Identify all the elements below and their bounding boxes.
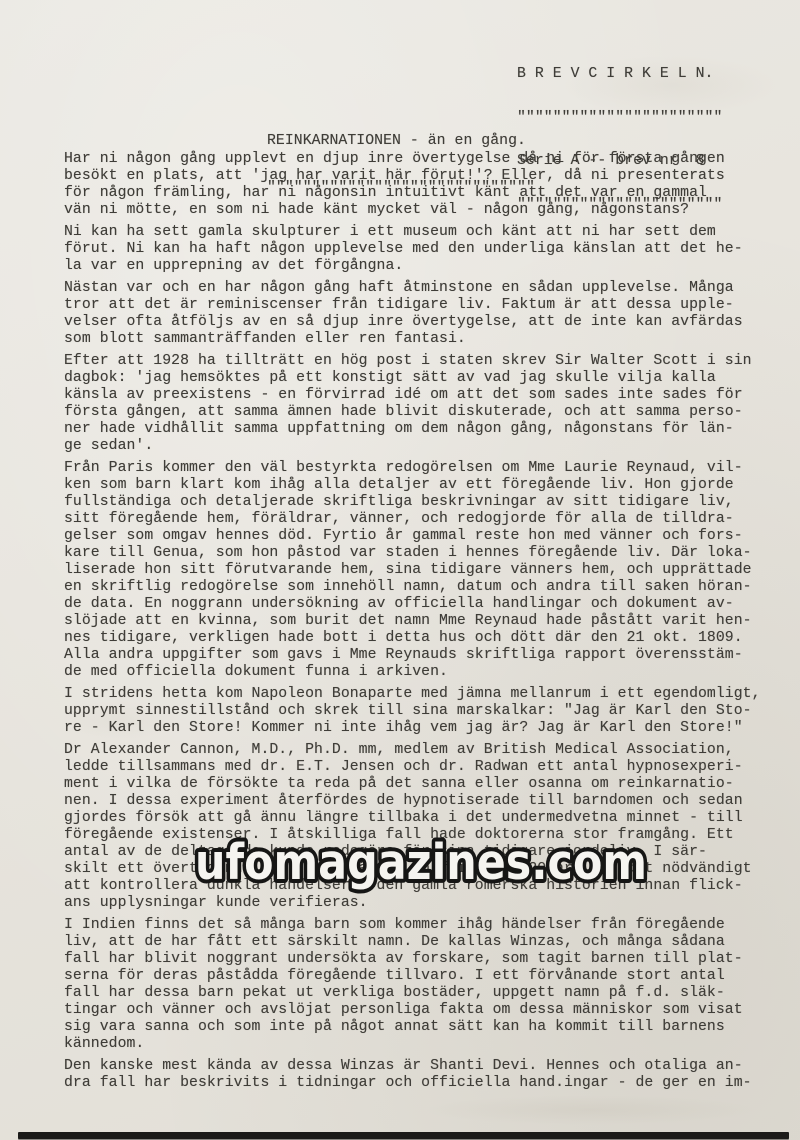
text-line: gelser som omgav hennes död. Fyrtio år g… bbox=[64, 528, 761, 545]
text-line: som blott sammanträffanden eller ren fan… bbox=[64, 331, 761, 348]
text-line: för någon främling, har ni någonsin intu… bbox=[64, 185, 761, 202]
text-line: de med officiella dokument funna i arkiv… bbox=[64, 664, 761, 681]
text-line: första gången, att samma ämnen hade bliv… bbox=[64, 404, 761, 421]
paragraph-4: Efter att 1928 ha tillträtt en hög post … bbox=[64, 353, 761, 455]
paper-bleed-smudge bbox=[420, 1095, 760, 1125]
text-line: Den kanske mest kända av dessa Winzas är… bbox=[64, 1058, 761, 1075]
text-line: ner hade vidhållit samma uppfattning om … bbox=[64, 421, 761, 438]
text-line: de data. En noggrann undersökning av off… bbox=[64, 596, 761, 613]
text-line: nen. I dessa experiment återfördes de hy… bbox=[64, 793, 761, 810]
text-line: besökt en plats, att 'jag har varit här … bbox=[64, 168, 761, 185]
text-line: upprymt sinnestillstånd och skrek till s… bbox=[64, 703, 761, 720]
text-line: Efter att 1928 ha tillträtt en hög post … bbox=[64, 353, 761, 370]
paragraph-1: Har ni någon gång upplevt en djup inre ö… bbox=[64, 151, 761, 219]
text-line: gjordes försök att gå ännu längre tillba… bbox=[64, 810, 761, 827]
text-line: sig vara sanna och som inte på något ann… bbox=[64, 1019, 761, 1036]
text-line: fall har blivit noggrant undersökta av f… bbox=[64, 951, 761, 968]
text-line: tror att det är reminiscenser från tidig… bbox=[64, 297, 761, 314]
text-line: skilt ett övertygande fall, det gällde e… bbox=[64, 861, 761, 878]
paragraph-7: Dr Alexander Cannon, M.D., Ph.D. mm, med… bbox=[64, 742, 761, 912]
article-title: REINKARNATIONEN - än en gång. bbox=[267, 134, 535, 150]
text-line: ken som barn klart kom ihåg alla detalje… bbox=[64, 477, 761, 494]
text-line: liv, att de har fått ett särskilt namn. … bbox=[64, 934, 761, 951]
text-line: vän ni mötte, en som ni hade känt mycket… bbox=[64, 202, 761, 219]
paragraph-6: I stridens hetta kom Napoleon Bonaparte … bbox=[64, 686, 761, 737]
text-line: känsla av preexistens - en förvirrad idé… bbox=[64, 387, 761, 404]
text-line: sitt föregående hem, föräldrar, vänner, … bbox=[64, 511, 761, 528]
document-page: B R E V C I R K E L N. """""""""""""""""… bbox=[0, 0, 800, 1140]
text-line: Dr Alexander Cannon, M.D., Ph.D. mm, med… bbox=[64, 742, 761, 759]
text-line: föregående existenser. I åtskilliga fall… bbox=[64, 827, 761, 844]
text-line: fall har dessa barn pekat ut verkliga bo… bbox=[64, 985, 761, 1002]
text-line: dra fall har beskrivits i tidningar och … bbox=[64, 1075, 761, 1092]
text-line: kare till Genua, som hon påstod var stad… bbox=[64, 545, 761, 562]
text-line: ment i vilka de försökte ta reda på det … bbox=[64, 776, 761, 793]
paragraph-3: Nästan var och en har någon gång haft åt… bbox=[64, 280, 761, 348]
paragraph-2: Ni kan ha sett gamla skulpturer i ett mu… bbox=[64, 224, 761, 275]
text-line: liserade hon sitt förutvarande hem, sina… bbox=[64, 562, 761, 579]
article-body: Har ni någon gång upplevt en djup inre ö… bbox=[64, 151, 761, 1097]
text-line: Nästan var och en har någon gång haft åt… bbox=[64, 280, 761, 297]
text-line: Ni kan ha sett gamla skulpturer i ett mu… bbox=[64, 224, 761, 241]
publication-title: B R E V C I R K E L N. bbox=[517, 67, 722, 82]
text-line: dagbok: 'jag hemsöktes på ett konstigt s… bbox=[64, 370, 761, 387]
text-line: I stridens hetta kom Napoleon Bonaparte … bbox=[64, 686, 761, 703]
text-line: serna för deras påstådda föregående till… bbox=[64, 968, 761, 985]
text-line: att kontrollera dunkla händelser i den g… bbox=[64, 878, 761, 895]
text-line: I Indien finns det så många barn som kom… bbox=[64, 917, 761, 934]
text-line: velser ofta åtföljs av en så djup inre ö… bbox=[64, 314, 761, 331]
text-line: ans upplysningar kunde verifieras. bbox=[64, 895, 761, 912]
text-line: tingar och vänner och avslöjat personlig… bbox=[64, 1002, 761, 1019]
text-line: antal av de deltagande kunde redogöra fö… bbox=[64, 844, 761, 861]
scan-edge-artifact bbox=[18, 1132, 789, 1139]
text-line: förut. Ni kan ha haft någon upplevelse m… bbox=[64, 241, 761, 258]
text-line: re - Karl den Store! Kommer ni inte ihåg… bbox=[64, 720, 761, 737]
paragraph-5: Från Paris kommer den väl bestyrkta redo… bbox=[64, 460, 761, 681]
text-line: en skriftlig redogörelse som innehöll na… bbox=[64, 579, 761, 596]
text-line: fullständiga och detaljerade skriftliga … bbox=[64, 494, 761, 511]
text-line: ge sedan'. bbox=[64, 438, 761, 455]
paragraph-9: Den kanske mest kända av dessa Winzas är… bbox=[64, 1058, 761, 1092]
text-line: Har ni någon gång upplevt en djup inre ö… bbox=[64, 151, 761, 168]
text-line: ledde tillsammans med dr. E.T. Jensen oc… bbox=[64, 759, 761, 776]
text-line: slöjade att en kvinna, som burit det nam… bbox=[64, 613, 761, 630]
text-line: Alla andra uppgifter som gavs i Mme Reyn… bbox=[64, 647, 761, 664]
masthead-rule-top: """"""""""""""""""""""" bbox=[517, 111, 722, 126]
text-line: nes tidigare, verkligen hade bott i dett… bbox=[64, 630, 761, 647]
text-line: kännedom. bbox=[64, 1036, 761, 1053]
text-line: Från Paris kommer den väl bestyrkta redo… bbox=[64, 460, 761, 477]
text-line: la var en upprepning av det förgångna. bbox=[64, 258, 761, 275]
paragraph-8: I Indien finns det så många barn som kom… bbox=[64, 917, 761, 1053]
